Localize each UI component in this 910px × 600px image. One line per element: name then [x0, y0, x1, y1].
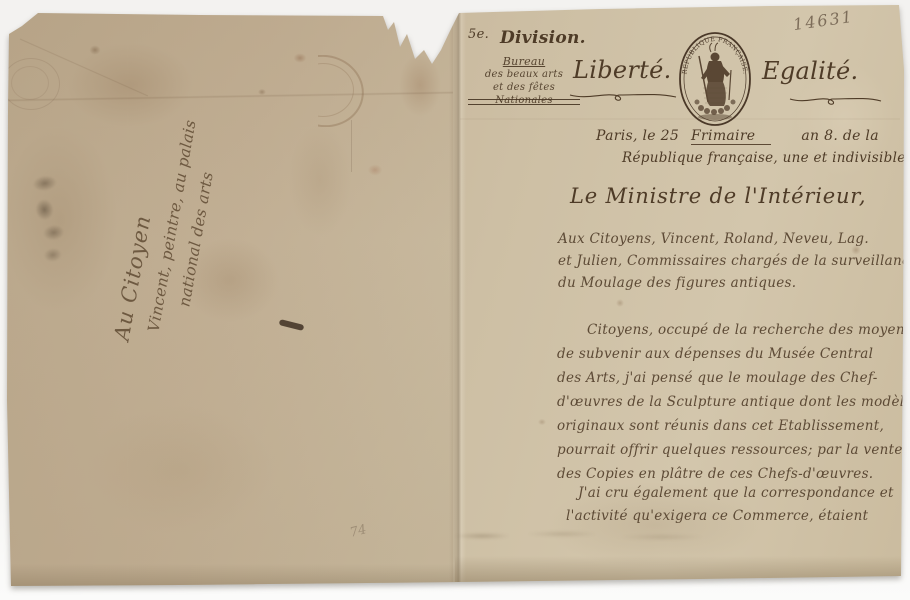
dateline: Paris, le 25Frimairean 8. de la [596, 128, 879, 144]
republic-seal: RÉPUBLIQUE FRANÇAISE. [677, 30, 753, 132]
body-line: originaux sont réunis dans cet Etablisse… [557, 414, 910, 438]
bureau-underline-rule [468, 99, 580, 105]
recipients-block: Aux Citoyens, Vincent, Roland, Neveu, La… [558, 228, 910, 294]
body-line: l'activité qu'exigera ce Commerce, étaie… [566, 505, 894, 528]
body-line: de subvenir aux dépenses du Musée Centra… [557, 342, 910, 366]
body-paragraph-2: J'ai cru également que la correspondance… [566, 482, 894, 528]
recipient-line: Aux Citoyens, Vincent, Roland, Neveu, La… [558, 228, 910, 250]
recipient-line: et Julien, Commissaires chargés de la su… [558, 250, 910, 272]
egalite-motto: Egalité. [762, 57, 858, 85]
bottom-shading-right [455, 556, 910, 582]
archive-number: 14631 [792, 7, 855, 34]
liberte-flourish [568, 90, 678, 102]
verso-address-block: Au Citoyen Vincent, peintre, au palais n… [105, 32, 242, 352]
recipient-line: du Moulage des figures antiques. [558, 272, 910, 294]
liberte-motto: Liberté. [573, 56, 672, 84]
dateline-prefix: Paris, le 25 [596, 128, 679, 144]
pencil-mark: 74 [348, 522, 368, 541]
body-line: J'ai cru également que la correspondance… [578, 482, 894, 505]
ghost-showthrough-writing [452, 528, 722, 544]
scanned-letter-scene: Au Citoyen Vincent, peintre, au palais n… [0, 0, 910, 600]
division-prefix: 5e. [468, 27, 489, 42]
dateline-republic: République française, une et indivisible… [622, 150, 910, 166]
republic-seal-engraving: RÉPUBLIQUE FRANÇAISE. [677, 30, 753, 128]
body-line: pourrait offrir quelques ressources; par… [557, 438, 910, 462]
dateline-month: Frimaire [691, 128, 771, 145]
faint-crease-line [351, 120, 352, 172]
center-fold [449, 0, 466, 600]
edge-ink-smudge [21, 166, 92, 273]
bureau-line: Bureau [468, 55, 580, 68]
bottom-shading-left [0, 564, 455, 586]
division-heading: Division. [500, 28, 586, 48]
body-paragraph-1: Citoyens, occupé de la recherche des moy… [557, 318, 910, 486]
dateline-suffix: an 8. de la [801, 128, 878, 144]
partial-postal-stamp [318, 55, 364, 127]
body-line: Citoyens, occupé de la recherche des moy… [587, 318, 910, 342]
body-line: d'œuvres de la Sculpture antique dont le… [557, 390, 910, 414]
bureau-line: des beaux arts [468, 68, 580, 81]
manuscript-paper: Au Citoyen Vincent, peintre, au palais n… [0, 0, 910, 600]
paper-shadow: Au Citoyen Vincent, peintre, au palais n… [0, 0, 910, 600]
salutation: Le Ministre de l'Intérieur, [570, 184, 866, 208]
egalite-flourish [788, 94, 883, 106]
body-line: des Arts, j'ai pensé que le moulage des … [557, 366, 910, 390]
paper-watermark [2, 58, 60, 110]
ink-smear [279, 319, 305, 331]
